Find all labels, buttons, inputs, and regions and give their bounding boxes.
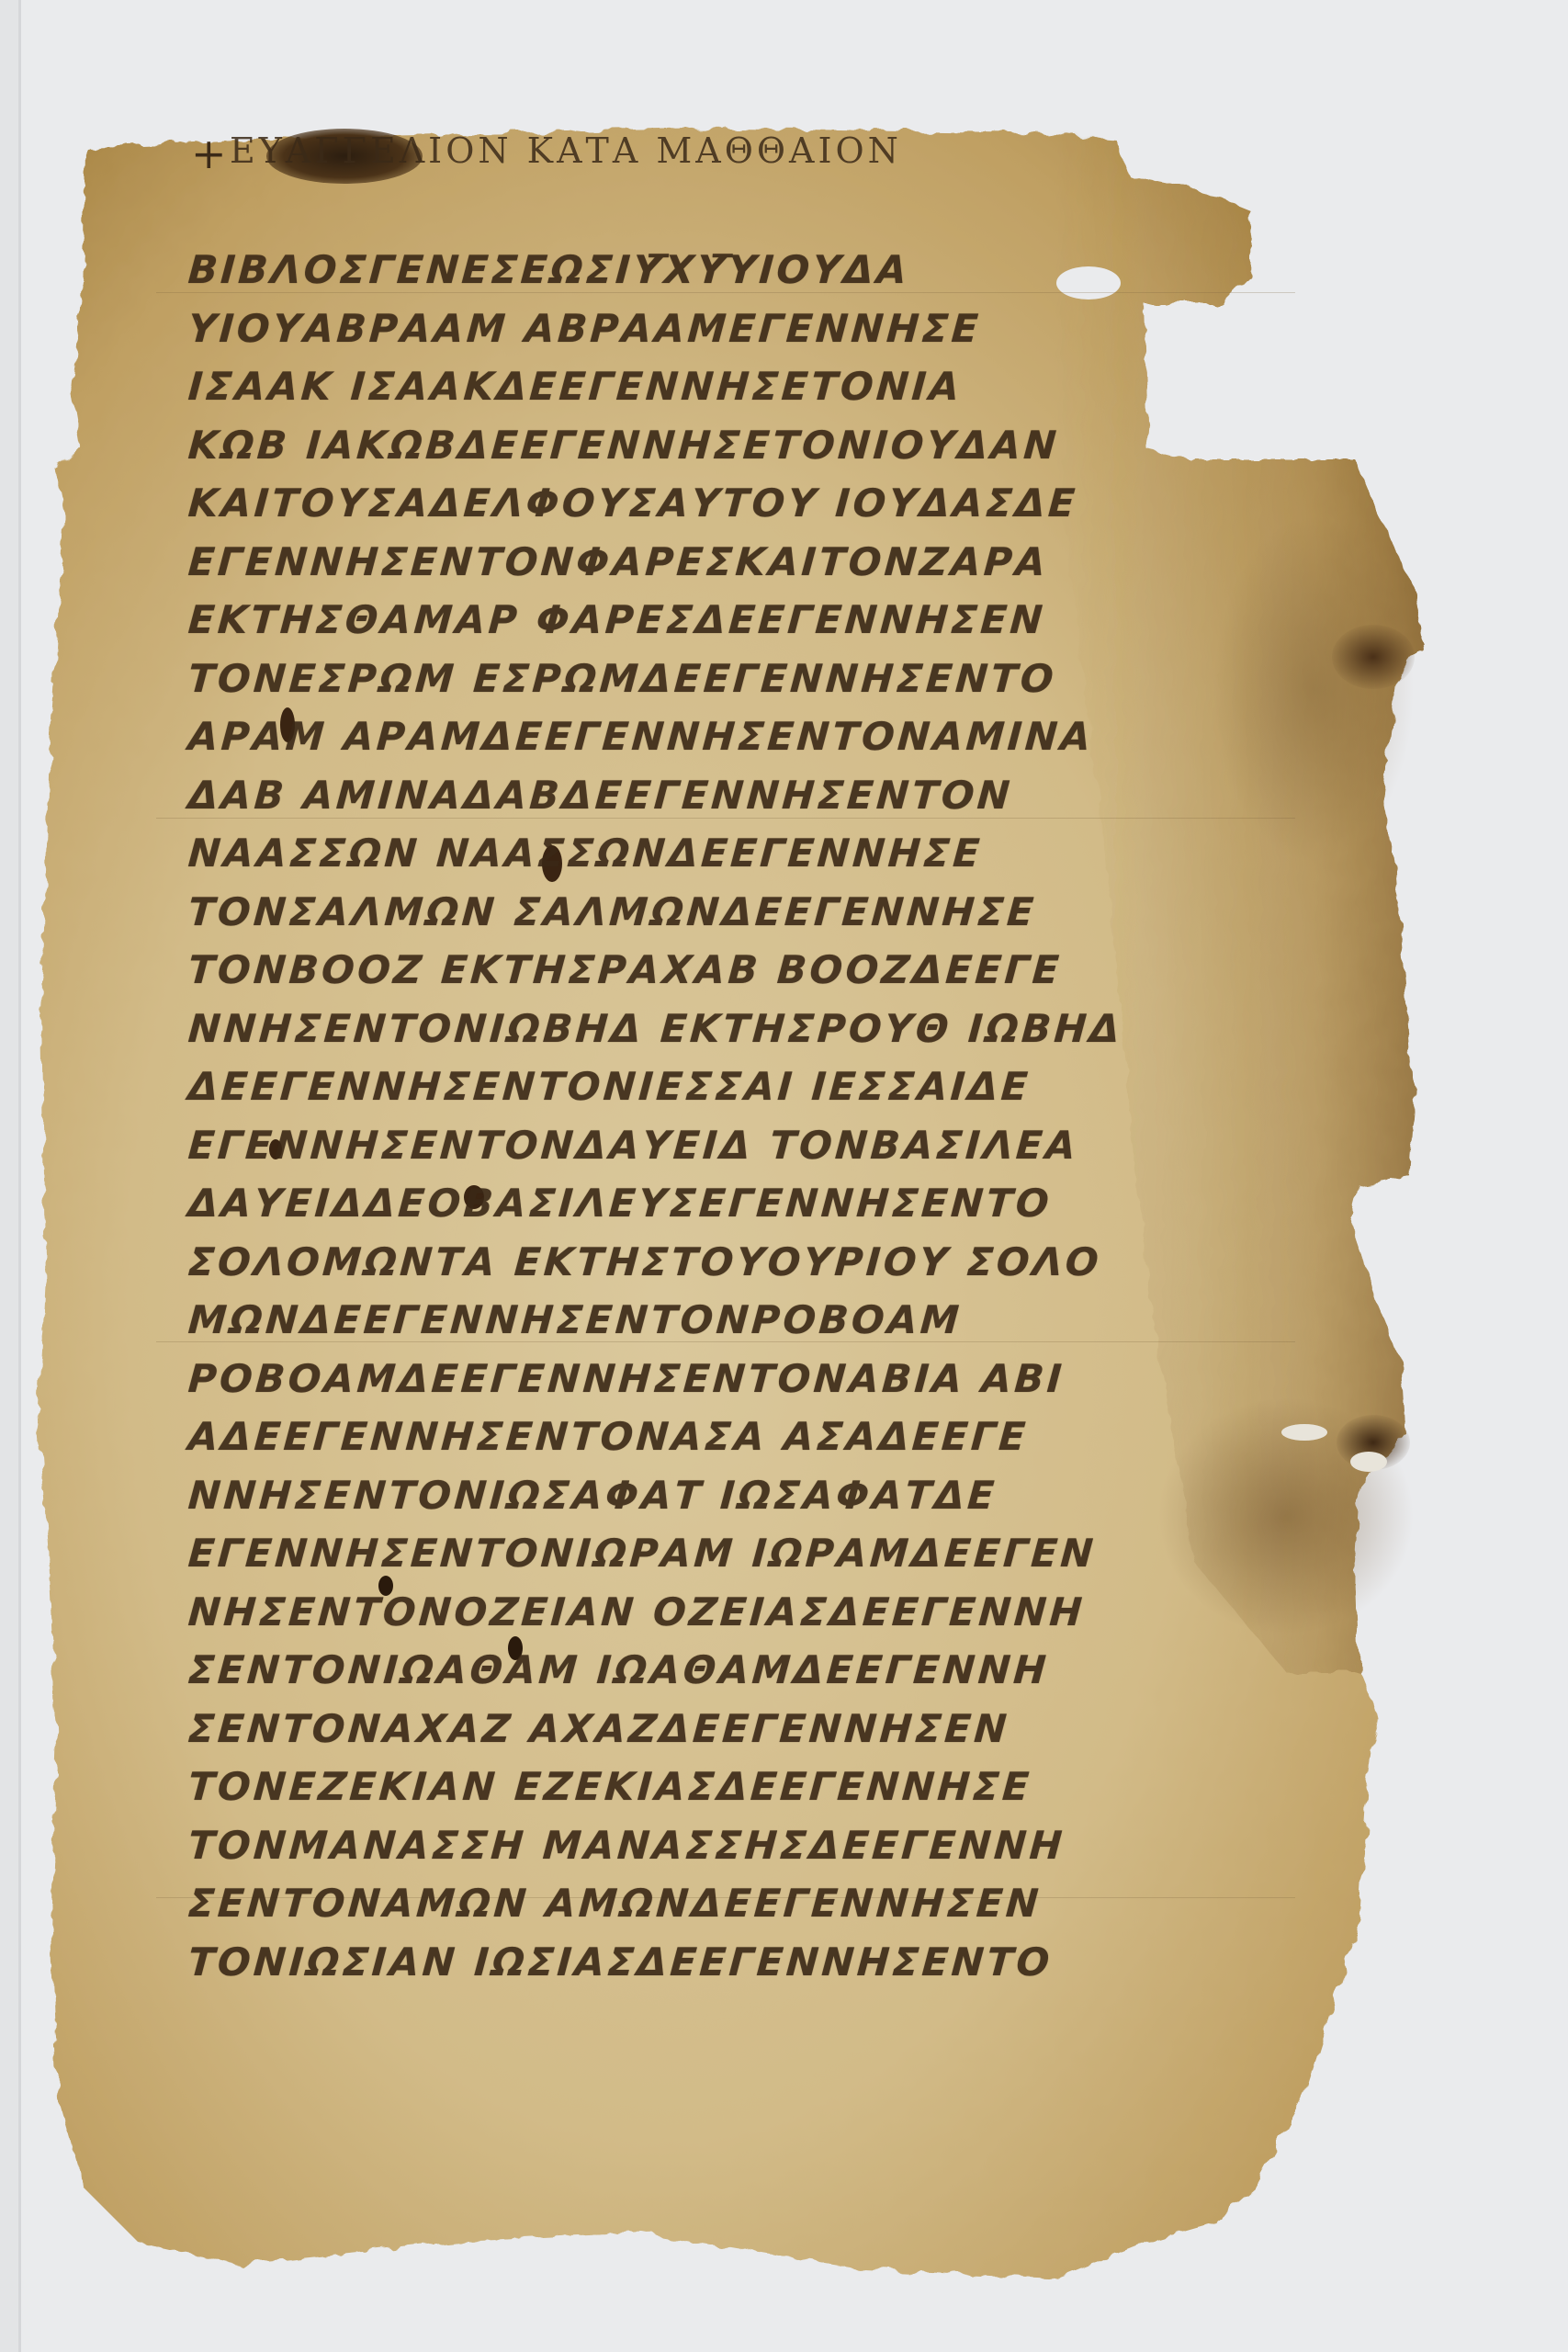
text-line: ΤΟΝΣΑΛΜΩΝ ΣΑΛΜΩΝΔΕΕΓΕΝΝΗΣΕ [186,883,1320,942]
text-line: ΚΩΒ ΙΑΚΩΒΔΕΕΓΕΝΝΗΣΕΤΟΝΙΟΥΔΑΝ [186,416,1320,475]
title-text: ΕΥΑΓΓΕΛΙΟΝ ΚΑΤΑ ΜΑΘΘΑΙΟΝ [230,130,902,171]
main-text-column: ΒΙΒΛΟΣΓΕΝΕΣΕΩΣΙΥ̅ΧΥ̅ΥΙΟΥΔΑ ΥΙΟΥΑΒΡΑΑΜ ΑΒ… [188,241,1318,1991]
text-line: ΣΟΛΟΜΩΝΤΑ ΕΚΤΗΣΤΟΥΟΥΡΙΟΥ ΣΟΛΟ [186,1233,1320,1292]
text-line: ΤΟΝΒΟΟΖ ΕΚΤΗΣΡΑΧΑΒ ΒΟΟΖΔΕΕΓΕ [186,941,1320,1000]
text-line: ΕΓΕΝΝΗΣΕΝΤΟΝΦΑΡΕΣΚΑΙΤΟΝΖΑΡΑ [186,533,1320,592]
text-line: ΝΑΑΣΣΩΝ ΝΑΑΣΣΩΝΔΕΕΓΕΝΝΗΣΕ [186,824,1320,883]
text-line: ΣΕΝΤΟΝΑΧΑΖ ΑΧΑΖΔΕΕΓΕΝΝΗΣΕΝ [186,1700,1320,1758]
text-line: ΚΑΙΤΟΥΣΑΔΕΛΦΟΥΣΑΥΤΟΥ ΙΟΥΔΑΣΔΕ [186,474,1320,533]
text-line: ΡΟΒΟΑΜΔΕΕΓΕΝΝΗΣΕΝΤΟΝΑΒΙΑ ΑΒΙ [186,1350,1320,1408]
text-line: ΜΩΝΔΕΕΓΕΝΝΗΣΕΝΤΟΝΡΟΒΟΑΜ [186,1291,1320,1350]
text-line: ΙΣΑΑΚ ΙΣΑΑΚΔΕΕΓΕΝΝΗΣΕΤΟΝΙΑ [186,357,1320,416]
text-line: ΕΓΕΝΝΗΣΕΝΤΟΝΙΩΡΑΜ ΙΩΡΑΜΔΕΕΓΕΝ [186,1524,1320,1583]
text-line: ΔΑΒ ΑΜΙΝΑΔΑΒΔΕΕΓΕΝΝΗΣΕΝΤΟΝ [186,766,1320,825]
text-line: ΕΓΕΝΝΗΣΕΝΤΟΝΔΑΥΕΙΔ ΤΟΝΒΑΣΙΛΕΑ [186,1116,1320,1175]
hole [1350,1452,1387,1472]
text-line: ΑΡΑΜ ΑΡΑΜΔΕΕΓΕΝΝΗΣΕΝΤΟΝΑΜΙΝΑ [186,707,1320,766]
running-title: ΕΥΑΓΓΕΛΙΟΝ ΚΑΤΑ ΜΑΘΘΑΙΟΝ [193,130,902,171]
text-line: ΒΙΒΛΟΣΓΕΝΕΣΕΩΣΙΥ̅ΧΥ̅ΥΙΟΥΔΑ [186,241,1320,300]
text-line: ΣΕΝΤΟΝΙΩΑΘΑΜ ΙΩΑΘΑΜΔΕΕΓΕΝΝΗ [186,1641,1320,1700]
text-line: ΝΗΣΕΝΤΟΝΟΖΕΙΑΝ ΟΖΕΙΑΣΔΕΕΓΕΝΝΗ [186,1583,1320,1642]
text-line: ΣΕΝΤΟΝΑΜΩΝ ΑΜΩΝΔΕΕΓΕΝΝΗΣΕΝ [186,1874,1320,1933]
text-line: ΥΙΟΥΑΒΡΑΑΜ ΑΒΡΑΑΜΕΓΕΝΝΗΣΕ [186,300,1320,358]
text-line: ΑΔΕΕΓΕΝΝΗΣΕΝΤΟΝΑΣΑ ΑΣΑΔΕΕΓΕ [186,1408,1320,1466]
text-line: ΤΟΝΙΩΣΙΑΝ ΙΩΣΙΑΣΔΕΕΓΕΝΝΗΣΕΝΤΟ [186,1933,1320,1992]
text-line: ΔΕΕΓΕΝΝΗΣΕΝΤΟΝΙΕΣΣΑΙ ΙΕΣΣΑΙΔΕ [186,1057,1320,1116]
text-line: ΔΑΥΕΙΔΔΕΟΒΑΣΙΛΕΥΣΕΓΕΝΝΗΣΕΝΤΟ [186,1174,1320,1233]
text-line: ΤΟΝΕΣΡΩΜ ΕΣΡΩΜΔΕΕΓΕΝΝΗΣΕΝΤΟ [186,650,1320,708]
text-line: ΕΚΤΗΣΘΑΜΑΡ ΦΑΡΕΣΔΕΕΓΕΝΝΗΣΕΝ [186,591,1320,650]
text-line: ΤΟΝΜΑΝΑΣΣΗ ΜΑΝΑΣΣΗΣΔΕΕΓΕΝΝΗ [186,1816,1320,1875]
text-line: ΝΝΗΣΕΝΤΟΝΙΩΒΗΔ ΕΚΤΗΣΡΟΥΘ ΙΩΒΗΔ [186,1000,1320,1058]
burn-mark-right [1332,625,1415,689]
text-line: ΝΝΗΣΕΝΤΟΝΙΩΣΑΦΑΤ ΙΩΣΑΦΑΤΔΕ [186,1466,1320,1525]
text-line: ΤΟΝΕΖΕΚΙΑΝ ΕΖΕΚΙΑΣΔΕΕΓΕΝΝΗΣΕ [186,1758,1320,1816]
